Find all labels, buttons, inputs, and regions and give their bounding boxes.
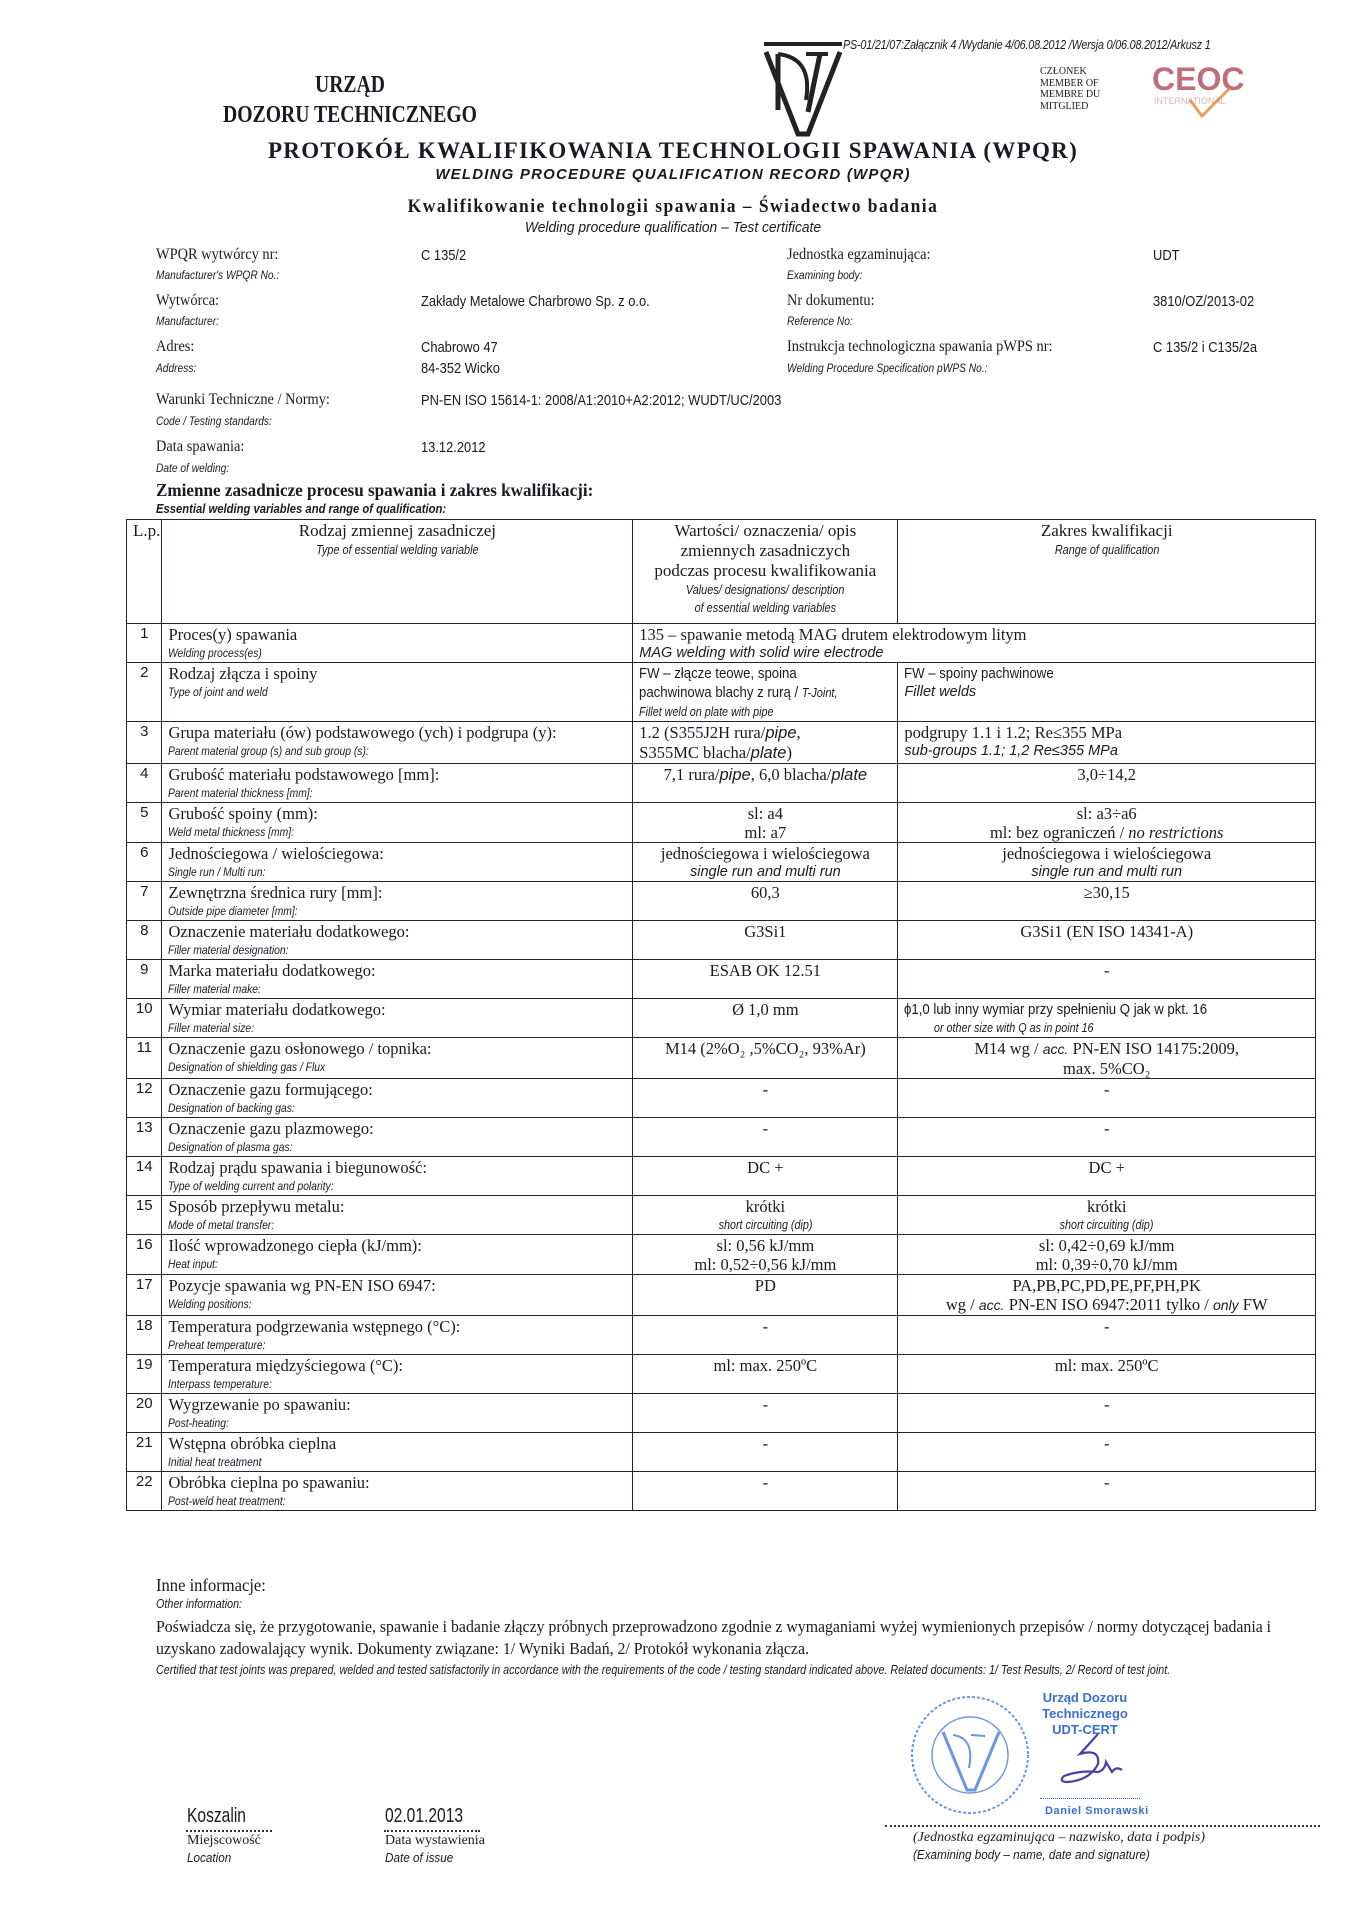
reference-label: Nr dokumentu: [787,292,875,310]
manufacturer-sublabel: Manufacturer: [156,314,219,328]
reference-value: 3810/OZ/2013-02 [1153,293,1254,310]
code-label: Warunki Techniczne / Normy: [156,391,330,409]
wpqr-no-sublabel: Manufacturer's WPQR No.: [156,268,279,282]
date-value: 13.12.2012 [421,439,486,456]
certification-text-en: Certified that test joints was prepared,… [156,1661,1326,1679]
address-line1: Chabrowo 47 [421,339,498,356]
pwps-label: Instrukcja technologiczna spawania pWPS … [787,338,1053,356]
document-title: PROTOKÓŁ KWALIFIKOWANIA TECHNOLOGII SPAW… [0,138,1346,164]
header-lp: L.p. [127,520,162,624]
address-line2: 84-352 Wicko [421,360,500,377]
table-row: 4 Grubość materiału podstawowego [mm]:Pa… [127,764,1316,803]
examiner-sublabel: (Examining body – name, date and signatu… [913,1847,1150,1862]
table-row: 7 Zewnętrzna średnica rury [mm]:Outside … [127,882,1316,921]
table-row: 11 Oznaczenie gazu osłonowego / topnika:… [127,1038,1316,1079]
pwps-sublabel: Welding Procedure Specification pWPS No.… [787,361,988,375]
organization-name: URZĄD DOZORU TECHNICZNEGO [202,70,497,130]
examiner-label: (Jednostka egzaminująca – nazwisko, data… [913,1830,1205,1846]
table-row: 14 Rodzaj prądu spawania i biegunowość:T… [127,1157,1316,1196]
issue-date-label: Data wystawienia [385,1833,485,1849]
examining-body-label: Jednostka egzaminująca: [787,246,931,264]
signature-icon [1050,1730,1140,1790]
document-subtitle-en: Welding procedure qualification – Test c… [54,219,1292,236]
location-sublabel: Location [187,1850,231,1865]
issue-date-line [384,1830,480,1832]
merged-process-cell: 135 – spawanie metodą MAG drutem elektro… [633,624,1316,663]
table-row: 3 Grupa materiału (ów) podstawowego (ych… [127,722,1316,764]
table-row: 22 Obróbka cieplna po spawaniu:Post-weld… [127,1472,1316,1511]
wpqr-no-value: C 135/2 [421,247,466,264]
ceoc-logo-icon: CEOC INTERNATIONAL [1150,60,1255,120]
table-row: 19 Temperatura międzyściegowa (°C):Inter… [127,1355,1316,1394]
document-subtitle: Kwalifikowanie technologii spawania – Św… [54,196,1292,218]
udt-logo-icon [758,40,848,140]
table-row: 2 Rodzaj złącza i spoinyType of joint an… [127,663,1316,722]
header-range: Zakres kwalifikacji Range of qualificati… [898,520,1316,624]
table-row: 20 Wygrzewanie po spawaniu:Post-heating:… [127,1394,1316,1433]
section-title: Zmienne zasadnicze procesu spawania i za… [156,480,593,501]
issue-date-sublabel: Date of issue [385,1850,453,1865]
table-row: 6 Jednościegowa / wielościegowa:Single r… [127,843,1316,882]
signer-name: Daniel Smorawski [1045,1805,1149,1817]
issue-date-value: 02.01.2013 [385,1805,463,1828]
address-label: Adres: [156,338,194,356]
wpqr-no-label: WPQR wytwórcy nr: [156,246,278,264]
other-info-label: Inne informacje: [156,1575,266,1596]
signature-line [1040,1798,1140,1799]
table-row: 17 Pozycje spawania wg PN-EN ISO 6947:We… [127,1275,1316,1316]
table-row: 10 Wymiar materiału dodatkowego:Filler m… [127,999,1316,1038]
table-row: 12 Oznaczenie gazu formującego:Designati… [127,1079,1316,1118]
header-variable: Rodzaj zmiennej zasadniczej Type of esse… [162,520,633,624]
table-row: 21 Wstępna obróbka cieplnaInitial heat t… [127,1433,1316,1472]
examiner-signature-line [885,1825,1320,1827]
section-subtitle: Essential welding variables and range of… [156,502,446,516]
table-row: 9 Marka materiału dodatkowego:Filler mat… [127,960,1316,999]
address-sublabel: Address: [156,361,196,375]
welding-variables-table: L.p. Rodzaj zmiennej zasadniczej Type of… [126,519,1316,1511]
table-row: 8 Oznaczenie materiału dodatkowego:Fille… [127,921,1316,960]
reference-sublabel: Reference No: [787,314,853,328]
table-row: 16 Ilość wprowadzonego ciepła (kJ/mm):He… [127,1235,1316,1275]
certification-text: Poświadcza się, że przygotowanie, spawan… [156,1616,1272,1660]
pwps-value: C 135/2 i C135/2a [1153,339,1257,356]
svg-text:CEOC: CEOC [1152,61,1244,97]
table-row: 18 Temperatura podgrzewania wstępnego (°… [127,1316,1316,1355]
date-sublabel: Date of welding: [156,461,229,475]
code-sublabel: Code / Testing standards: [156,414,272,428]
location-label: Miejscowość [187,1833,261,1849]
table-row: 1 Proces(y) spawaniaWelding process(es) … [127,624,1316,663]
code-value: PN-EN ISO 15614-1: 2008/A1:2010+A2:2012;… [421,392,781,409]
examining-body-value: UDT [1153,247,1180,264]
location-value: Koszalin [187,1805,246,1828]
form-code: PS-01/21/07:Załącznik 4 /Wydanie 4/06.08… [843,38,1211,52]
header-values: Wartości/ oznaczenia/ opis zmiennych zas… [633,520,898,624]
location-line [186,1830,272,1832]
member-text: CZŁONEK MEMBER OF MEMBRE DU MITGLIED [1040,66,1100,112]
other-info-sublabel: Other information: [156,1597,242,1611]
document-title-en: WELDING PROCEDURE QUALIFICATION RECORD (… [0,166,1346,183]
table-row: 13 Oznaczenie gazu plazmowego:Designatio… [127,1118,1316,1157]
manufacturer-label: Wytwórca: [156,292,219,310]
date-label: Data spawania: [156,438,244,456]
table-header-row: L.p. Rodzaj zmiennej zasadniczej Type of… [127,520,1316,624]
manufacturer-value: Zakłady Metalowe Charbrowo Sp. z o.o. [421,293,650,310]
examining-body-sublabel: Examining body: [787,268,862,282]
table-row: 15 Sposób przepływu metalu:Mode of metal… [127,1196,1316,1235]
table-row: 5 Grubość spoiny (mm):Weld metal thickne… [127,803,1316,843]
